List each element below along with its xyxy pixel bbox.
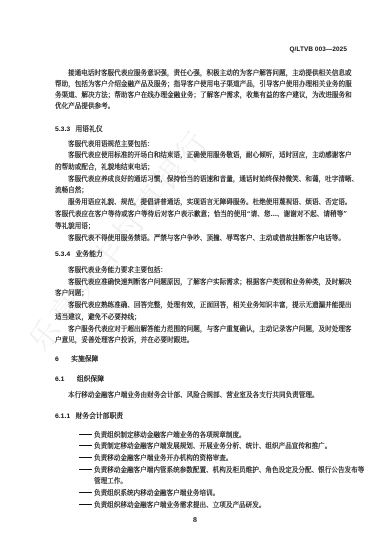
page-number: 8	[0, 517, 390, 524]
paragraph-line: 服务用语应礼貌、规范，提倡讲普通话，实现语言无障碍服务。杜绝使用蔑视语、烦语、否…	[68, 198, 347, 207]
paragraph-line: 务渠道、解决方法；帮助客户在线办理金融业务；了解客户需求，收集有益的客户建议，为…	[55, 91, 347, 100]
paragraph-line: 客服代表应熟练准确、回答完整，处理有效，正面回答，相关业务知识丰富，提示无遗漏并…	[68, 301, 347, 310]
paragraph-line: 客服代表应使用标准的开场白和结束语，正确使用服务敬语，耐心倾听，适时回应，主动感…	[68, 151, 347, 160]
list-item-text: 负责组织系统内移动金融客户端业务培训。	[94, 489, 219, 497]
list-item: 负责组织系统内移动金融客户端业务培训。	[79, 489, 219, 498]
section-number: 5.3.4	[55, 251, 70, 258]
paragraph-line: 流畅自然；	[55, 186, 347, 195]
document-page: 乐亭舜丰村镇银行 Q/LTVB 003—2025 接通电话时客服代表应服务意识强…	[0, 0, 390, 556]
dash-bullet	[79, 504, 92, 505]
list-item-text: 负责组织制定移动金融客户端业务的各项规章制度。	[94, 431, 246, 439]
dash-bullet	[79, 469, 92, 470]
list-item-continuation: 管理工作。	[94, 477, 127, 486]
paragraph-line: 接通电话时客服代表应服务意识强，责任心强，积极主动的为客户解答问题，主动提供相关…	[68, 69, 347, 78]
paragraph-line: 户意见，妥善处理客户投诉，并在必要时跟进。	[55, 336, 347, 345]
list-item-text: 负责制定移动金融客户端发展规划、开展业务分析、统计、组织产品宣传和推广。	[94, 442, 331, 450]
paragraph-line: 适当建议，避免不必要持线；	[55, 313, 347, 322]
paragraph-line: 客服代表用语规范主要包括：	[68, 140, 347, 149]
list-item: 负责制定移动金融客户端发展规划、开展业务分析、统计、组织产品宣传和推广。	[79, 442, 331, 451]
paragraph-line: 帮助，包括为客户介绍金融产品及服务；指导客户使用电子渠道产品，引导客户使用办理相…	[55, 80, 347, 89]
section-title: 组织保障	[77, 375, 104, 383]
section-heading-6: 6 实施保障	[55, 353, 98, 363]
paragraph-line: 客户服务代表应对于超出解答能力范围的问题，与客户重复确认，主动记录客户问题，及时…	[68, 325, 347, 334]
section-heading-6-1: 6.1 组织保障	[55, 373, 104, 383]
section-number: 6	[55, 356, 59, 363]
paragraph-line: 客服代表业务能力要求主要包括：	[68, 266, 347, 275]
paragraph-line: 本行移动金融客户端业务由财务会计部、风险合规部、营业室及各支行共同负责管理。	[68, 391, 347, 400]
section-number: 5.3.3	[55, 126, 70, 133]
paragraph-line: 客服代表不得使用服务禁语。严禁与客户争吵、顶撞、辱骂客户、主动或借故挂断客户电话…	[68, 234, 347, 243]
section-title: 用语礼仪	[76, 125, 103, 133]
section-number: 6.1.1	[55, 413, 70, 420]
list-item: 负责移动金融客户端内管系统参数配置、机构及柜员维护、角色设定及分配、银行公告发布…	[79, 466, 364, 475]
section-title: 业务能力	[76, 250, 103, 258]
list-item-text: 负责组织移动金融客户端业务需求提出、立项及产品研发。	[94, 501, 265, 509]
section-number: 6.1	[55, 376, 64, 383]
list-item: 负责组织移动金融客户端业务需求提出、立项及产品研发。	[79, 501, 265, 510]
section-heading-5-3-3: 5.3.3 用语礼仪	[55, 123, 103, 133]
dash-bullet	[79, 457, 92, 458]
dash-bullet	[79, 492, 92, 493]
section-title: 实施保障	[71, 355, 98, 363]
paragraph-line: 客服代表应在客户等待或客户等待后对客户表示歉意；恰当的使用“请、您…、谢谢对不起…	[55, 210, 347, 219]
paragraph-line: 客服代表应准确快速判断客户问题原因，了解客户实际需求；根据客户类别和业务种类，及…	[68, 278, 347, 287]
section-title: 财务会计部职责	[76, 412, 124, 420]
dash-bullet	[79, 445, 92, 446]
list-item-text: 负责移动金融客户端内管系统参数配置、机构及柜员维护、角色设定及分配、银行公告发布…	[94, 466, 364, 474]
list-item: 负责组织制定移动金融客户端业务的各项规章制度。	[79, 431, 246, 440]
list-item-text: 负责移动金融客户端业务开办机构的资格审查。	[94, 454, 232, 462]
dash-bullet	[79, 434, 92, 435]
section-heading-6-1-1: 6.1.1 财务会计部职责	[55, 410, 123, 420]
paragraph-line: 的帮助或配合，礼貌地结束电话；	[55, 163, 347, 172]
standard-code: Q/LTVB 003—2025	[289, 46, 347, 53]
list-item: 负责移动金融客户端业务开办机构的资格审查。	[79, 454, 232, 463]
paragraph-line: 等礼貌用语；	[55, 222, 347, 231]
paragraph-line: 客服代表应养成良好的通话习惯，保持恰当的语速和音量，通话时始终保持微笑、和蔼，吐…	[68, 175, 347, 184]
section-heading-5-3-4: 5.3.4 业务能力	[55, 248, 103, 258]
paragraph-line: 客户问题；	[55, 289, 347, 298]
paragraph-line: 优化产品提供参考。	[55, 102, 347, 111]
